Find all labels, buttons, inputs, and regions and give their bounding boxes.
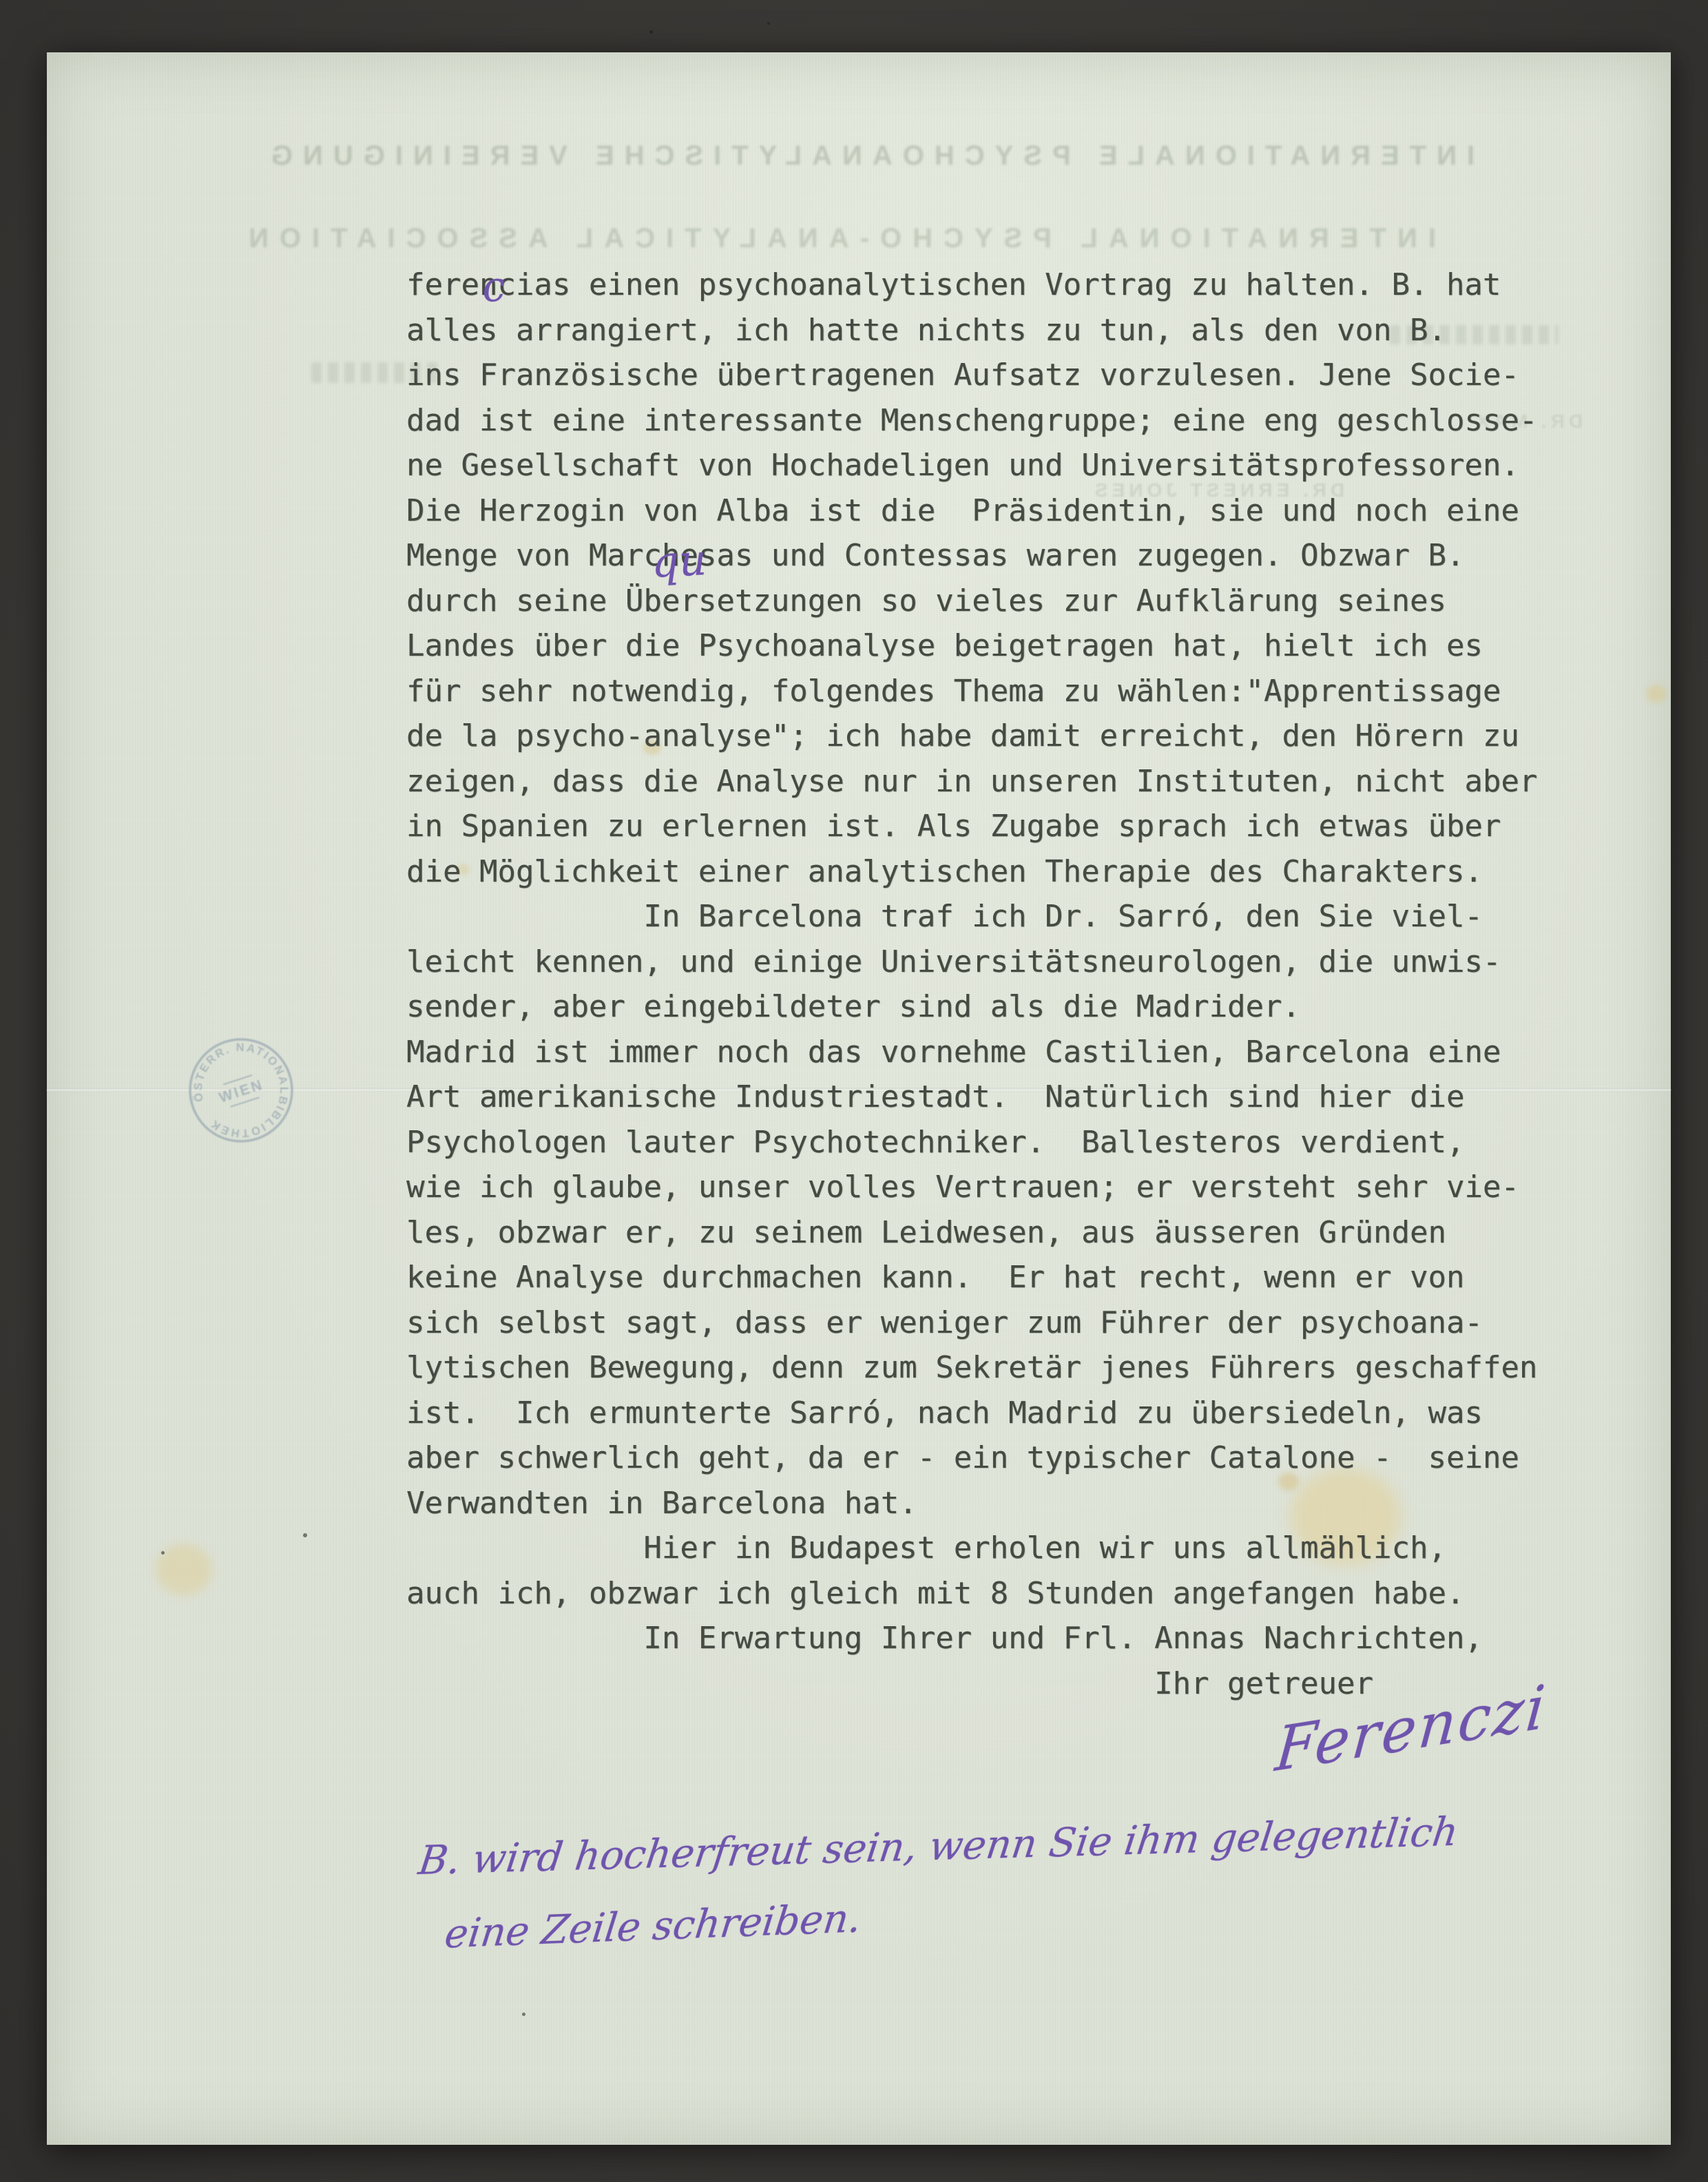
typed-line: alles arrangiert, ich hatte nichts zu tu… — [406, 308, 1537, 353]
typed-line: dad ist eine interessante Menschengruppe… — [406, 398, 1537, 444]
typed-line: Die Herzogin von Alba ist die Präsidenti… — [406, 488, 1537, 534]
dust-speck — [161, 1551, 165, 1555]
typed-line: de la psycho-analyse"; ich habe damit er… — [406, 714, 1537, 759]
typed-line: Art amerikanische Industriestadt. Natürl… — [406, 1074, 1537, 1120]
typed-line: In Erwartung Ihrer und Frl. Annas Nachri… — [406, 1616, 1537, 1661]
typed-line: Landes über die Psychoanalyse beigetrage… — [406, 623, 1537, 669]
typed-line: zeigen, dass die Analyse nur in unseren … — [406, 759, 1537, 804]
typed-line: wie ich glaube, unser volles Vertrauen; … — [406, 1165, 1537, 1210]
letter-page: INTERNATIONALE PSYCHOANALYTISCHE VEREINI… — [47, 52, 1671, 2145]
typed-line: sich selbst sagt, dass er weniger zum Fü… — [406, 1300, 1537, 1346]
typed-line: aber schwerlich geht, da er - ein typisc… — [406, 1435, 1537, 1481]
typed-line: Verwandten in Barcelona hat. — [406, 1481, 1537, 1526]
typed-line: ist. Ich ermunterte Sarró, nach Madrid z… — [406, 1391, 1537, 1436]
dust-speck — [303, 1533, 307, 1537]
stamp-city-text: WIEN — [217, 1077, 266, 1106]
typed-line: Psychologen lauter Psychotechniker. Ball… — [406, 1120, 1537, 1165]
ink-correction-c: c — [481, 262, 507, 312]
dust-speck — [767, 22, 770, 25]
library-stamp: ÖSTERR. NATIONALBIBLIOTHEK WIEN — [154, 1004, 328, 1177]
typed-line: ne Gesellschaft von Hochadeligen und Uni… — [406, 443, 1537, 488]
typed-line: in Spanien zu erlernen ist. Als Zugabe s… — [406, 804, 1537, 849]
typed-line: In Barcelona traf ich Dr. Sarró, den Sie… — [406, 894, 1537, 939]
round-stamp-icon: ÖSTERR. NATIONALBIBLIOTHEK WIEN — [154, 1004, 328, 1177]
typed-line: Ihr getreuer — [406, 1661, 1537, 1707]
typed-line: ferencias einen psychoanalytischen Vortr… — [406, 262, 1537, 308]
typed-line: lytischen Bewegung, denn zum Sekretär je… — [406, 1345, 1537, 1391]
typed-line: auch ich, obzwar ich gleich mit 8 Stunde… — [406, 1571, 1537, 1617]
dust-speck — [522, 2013, 525, 2016]
bleedthrough-letterhead-line1: INTERNATIONALE PSYCHOANALYTISCHE VEREINI… — [234, 141, 1501, 172]
typed-line: durch seine Übersetzungen so vieles zur … — [406, 579, 1537, 624]
handwritten-postscript-line1: B. wird hocherfreut sein, wenn Sie ihm g… — [416, 1809, 1461, 1884]
typed-line: Hier in Budapest erholen wir uns allmähl… — [406, 1526, 1537, 1571]
typed-line: ins Französische übertragenen Aufsatz vo… — [406, 353, 1537, 398]
typed-line: sender, aber eingebildeter sind als die … — [406, 984, 1537, 1030]
typed-line: keine Analyse durchmachen kann. Er hat r… — [406, 1255, 1537, 1300]
typed-line: für sehr notwendig, folgendes Thema zu w… — [406, 669, 1537, 714]
typed-line: leicht kennen, und einige Universitätsne… — [406, 939, 1537, 985]
bleedthrough-letterhead-line2: INTERNATIONAL PSYCHO-ANALYTICAL ASSOCIAT… — [207, 223, 1467, 254]
scan-background: INTERNATIONALE PSYCHOANALYTISCHE VEREINI… — [0, 0, 1708, 2182]
typed-line: die Möglichkeit einer analytischen Thera… — [406, 849, 1537, 895]
paper-stain — [1646, 685, 1667, 703]
dust-speck — [649, 30, 653, 34]
typed-body: ferencias einen psychoanalytischen Vortr… — [406, 262, 1537, 1706]
typed-line: Madrid ist immer noch das vornehme Casti… — [406, 1030, 1537, 1075]
typed-line: les, obzwar er, zu seinem Leidwesen, aus… — [406, 1210, 1537, 1256]
handwritten-postscript-line2: eine Zeile schreiben. — [442, 1895, 864, 1957]
typed-line: Menge von Marchesas und Contessas waren … — [406, 533, 1537, 579]
ink-correction-qu: qu — [650, 534, 707, 588]
